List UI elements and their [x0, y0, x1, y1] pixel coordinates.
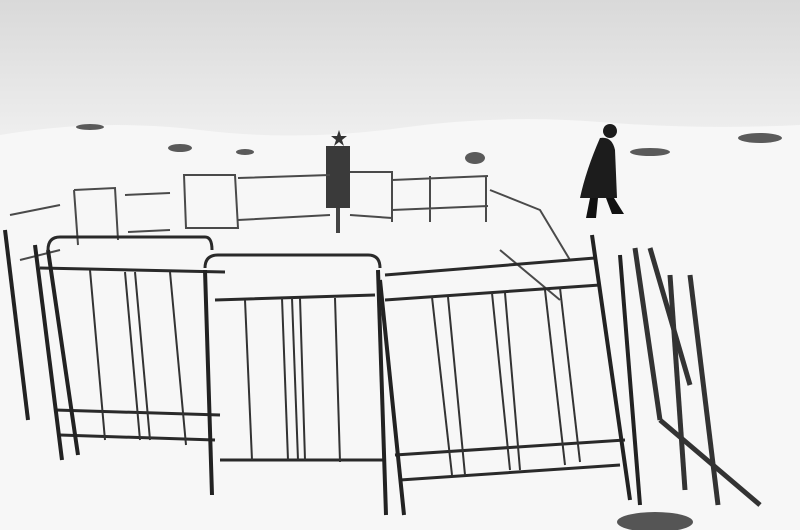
sky: [0, 0, 800, 140]
photograph: [0, 0, 800, 530]
snowy-cemetery-scene: [0, 0, 800, 530]
